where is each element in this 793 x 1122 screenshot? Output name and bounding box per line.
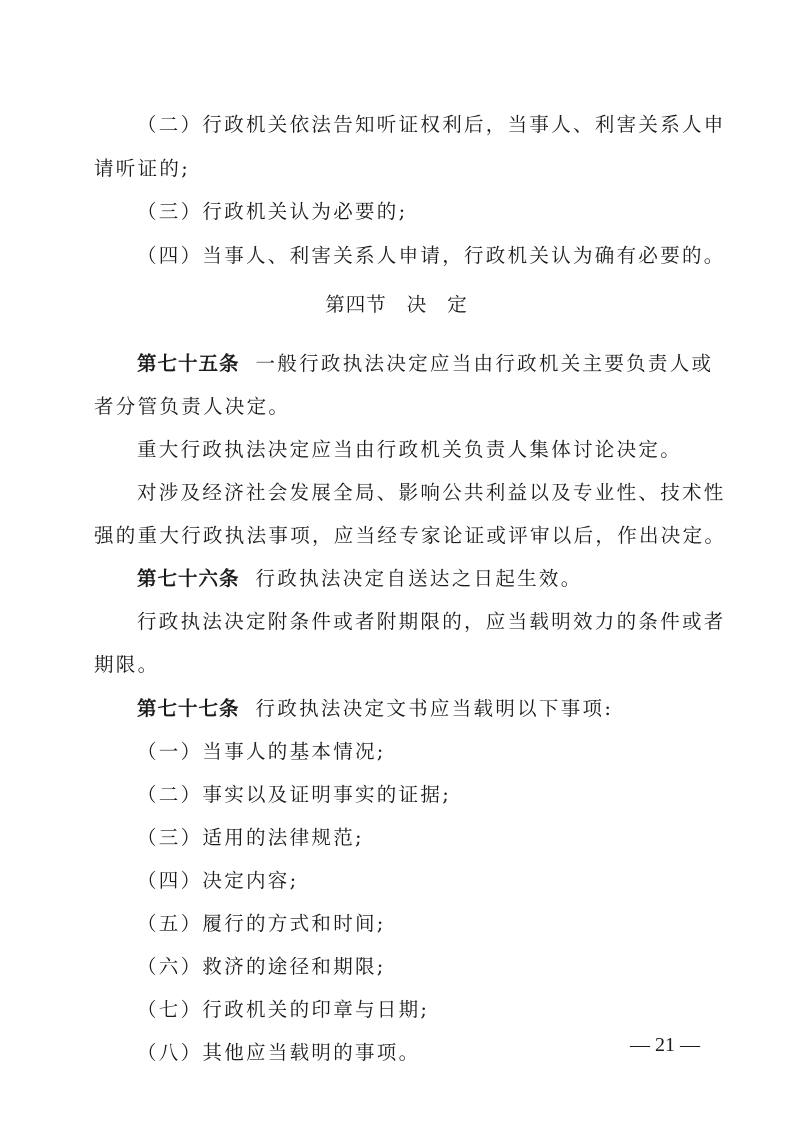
article-76-line1: 第七十六条行政执法决定自送达之日起生效。 (137, 566, 583, 592)
article-77-item-3: （三）适用的法律规范; (137, 825, 364, 851)
article-77-item-7: （七）行政机关的印章与日期; (137, 997, 429, 1023)
article-75-line2: 者分管负责人决定。 (94, 394, 290, 420)
list-item-hearing-3: （三）行政机关认为必要的; (137, 199, 407, 225)
article-75-para3-line1: 对涉及经济社会发展全局、影响公共利益以及专业性、技术性 (137, 480, 726, 506)
article-75-line1: 第七十五条一般行政执法决定应当由行政机关主要负责人或 (137, 351, 713, 377)
section-name-2: 定 (447, 293, 468, 316)
article-76-text: 行政执法决定自送达之日起生效。 (256, 567, 583, 590)
article-75-para2: 重大行政执法决定应当由行政机关负责人集体讨论决定。 (137, 437, 682, 463)
list-item-hearing-2-line1: （二）行政机关依法告知听证权利后，当事人、利害关系人申 (137, 112, 726, 138)
article-77-item-6: （六）救济的途径和期限; (137, 954, 386, 980)
article-77-heading: 第七十七条 (137, 697, 240, 720)
article-77-text: 行政执法决定文书应当载明以下事项: (256, 697, 614, 720)
article-75-para3-line2: 强的重大行政执法事项，应当经专家论证或评审以后，作出决定。 (94, 523, 726, 549)
article-76-para2-line1: 行政执法决定附条件或者附期限的，应当载明效力的条件或者 (137, 609, 726, 635)
section-name-1: 决 (407, 293, 428, 316)
article-75-heading: 第七十五条 (137, 352, 240, 375)
article-77-item-2: （二）事实以及证明事实的证据; (137, 782, 451, 808)
article-77-item-5: （五）履行的方式和时间; (137, 911, 386, 937)
article-77-item-1: （一）当事人的基本情况; (137, 739, 386, 765)
section-number: 第四节 (325, 293, 387, 316)
article-76-para2-line2: 期限。 (94, 652, 159, 678)
article-77-item-8: （八）其他应当载明的事项。 (137, 1040, 420, 1066)
section-title: 第四节决定 (0, 292, 793, 318)
list-item-hearing-2-line2: 请听证的; (94, 156, 190, 182)
article-77-item-4: （四）决定内容; (137, 868, 298, 894)
document-page: （二）行政机关依法告知听证权利后，当事人、利害关系人申 请听证的; （三）行政机… (0, 0, 793, 1122)
article-75-text: 一般行政执法决定应当由行政机关主要负责人或 (256, 352, 714, 375)
article-77-line1: 第七十七条行政执法决定文书应当载明以下事项: (137, 696, 613, 722)
page-number: — 21 — (630, 1033, 700, 1057)
list-item-hearing-4: （四）当事人、利害关系人申请，行政机关认为确有必要的。 (137, 243, 726, 269)
article-76-heading: 第七十六条 (137, 567, 240, 590)
